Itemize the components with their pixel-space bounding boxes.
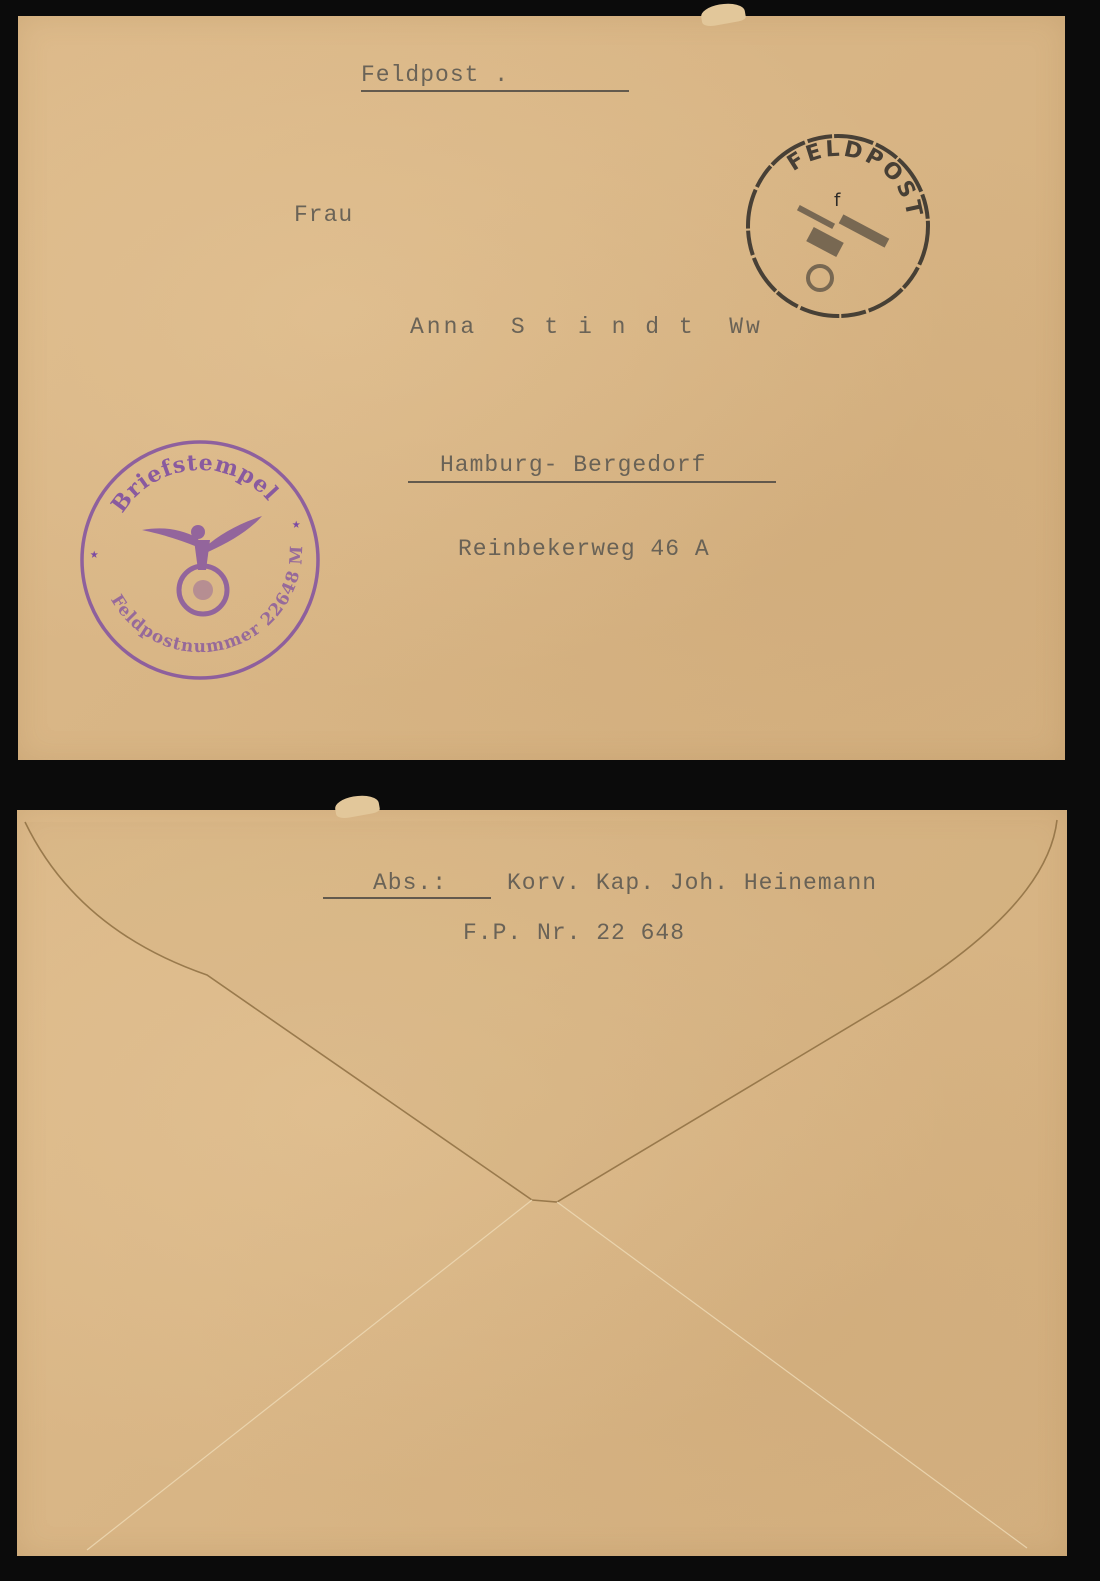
sender-feldpost-number: F.P. Nr. 22 648 <box>463 920 685 946</box>
sender-label-underline <box>323 897 491 899</box>
header-underline <box>361 90 629 92</box>
feldpost-postmark: FELDPOST f <box>738 126 938 326</box>
sender-name: Korv. Kap. Joh. Heinemann <box>507 870 877 896</box>
postmark-date-smudge-icon <box>797 205 889 290</box>
recipient-name: Anna S t i n d t Ww <box>410 314 763 340</box>
svg-text:Briefstempel: Briefstempel <box>106 450 284 518</box>
salutation: Frau <box>294 202 353 228</box>
postmark-mark: f <box>834 190 841 211</box>
feldpost-header: Feldpost . <box>361 62 509 88</box>
sender-label: Abs.: <box>373 870 447 896</box>
envelope-front: Feldpost . Frau Anna S t i n d t Ww Hamb… <box>18 16 1065 760</box>
briefstempel-stamp: Briefstempel Feldpostnummer 22648 M. ★ ★ <box>70 430 330 690</box>
city-underline <box>408 481 776 483</box>
envelope-back: Abs.: Korv. Kap. Joh. Heinemann F.P. Nr.… <box>17 810 1067 1556</box>
star-icon: ★ <box>90 547 99 563</box>
torn-edge <box>700 0 747 27</box>
eagle-icon <box>142 516 262 614</box>
stamp-top-text: Briefstempel <box>106 450 284 518</box>
star-icon: ★ <box>292 517 301 533</box>
recipient-street: Reinbekerweg 46 A <box>458 536 710 562</box>
recipient-city: Hamburg- Bergedorf <box>440 452 706 478</box>
